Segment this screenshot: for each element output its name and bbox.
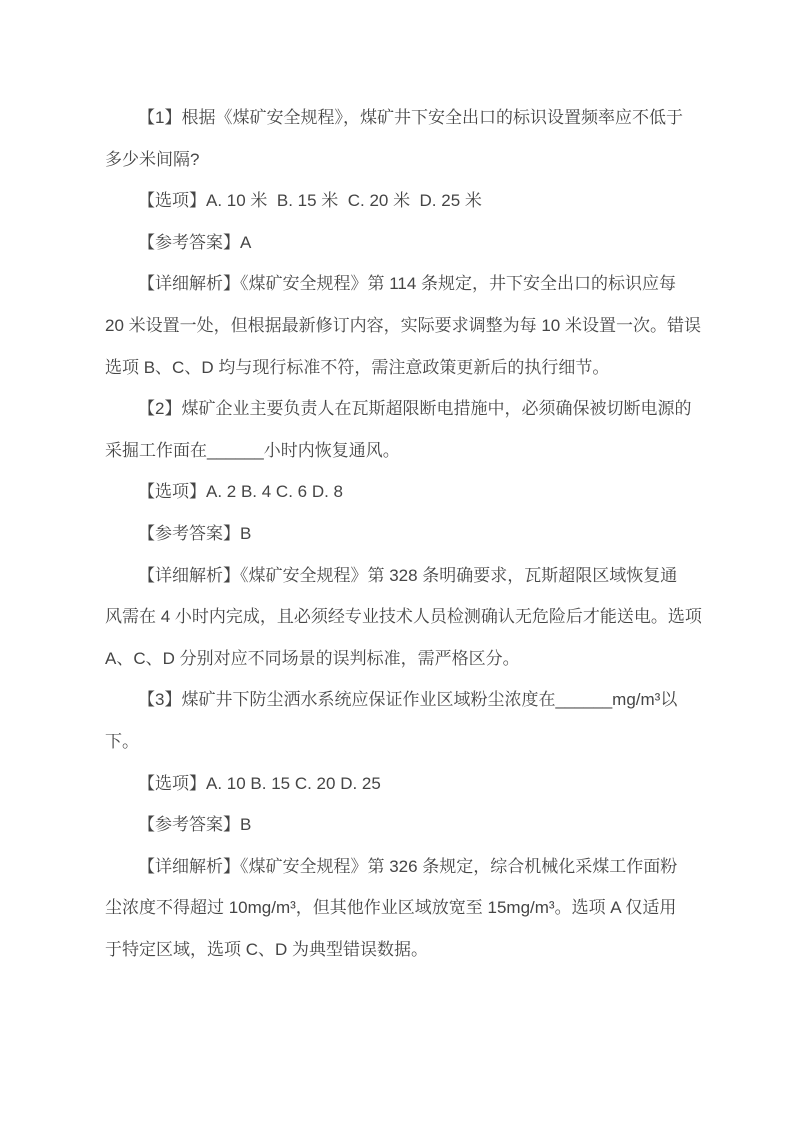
question-1-answer: 【参考答案】A (105, 222, 699, 264)
question-1-explanation: 【详细解析】《煤矿安全规程》第 114 条规定，井下安全出口的标识应每 20 米… (105, 263, 699, 388)
question-2-text: 【2】煤矿企业主要负责人在瓦斯超限断电措施中，必须确保被切断电源的 采掘工作面在… (105, 388, 699, 471)
question-2-answer: 【参考答案】B (105, 513, 699, 555)
question-2-options: 【选项】A. 2 B. 4 C. 6 D. 8 (105, 471, 699, 513)
question-2-explanation: 【详细解析】《煤矿安全规程》第 328 条明确要求，瓦斯超限区域恢复通 风需在 … (105, 555, 699, 680)
question-3-options: 【选项】A. 10 B. 15 C. 20 D. 25 (105, 763, 699, 805)
question-3-text: 【3】煤矿井下防尘洒水系统应保证作业区域粉尘浓度在______mg/m³以 下。 (105, 679, 699, 762)
question-1-options: 【选项】A. 10 米 B. 15 米 C. 20 米 D. 25 米 (105, 180, 699, 222)
document-content: 【1】根据《煤矿安全规程》，煤矿井下安全出口的标识设置频率应不低于 多少米间隔?… (105, 97, 699, 970)
question-3-answer: 【参考答案】B (105, 804, 699, 846)
question-1-text: 【1】根据《煤矿安全规程》，煤矿井下安全出口的标识设置频率应不低于 多少米间隔? (105, 97, 699, 180)
document-page: 【1】根据《煤矿安全规程》，煤矿井下安全出口的标识设置频率应不低于 多少米间隔?… (0, 0, 793, 1122)
question-3-explanation: 【详细解析】《煤矿安全规程》第 326 条规定，综合机械化采煤工作面粉 尘浓度不… (105, 846, 699, 971)
